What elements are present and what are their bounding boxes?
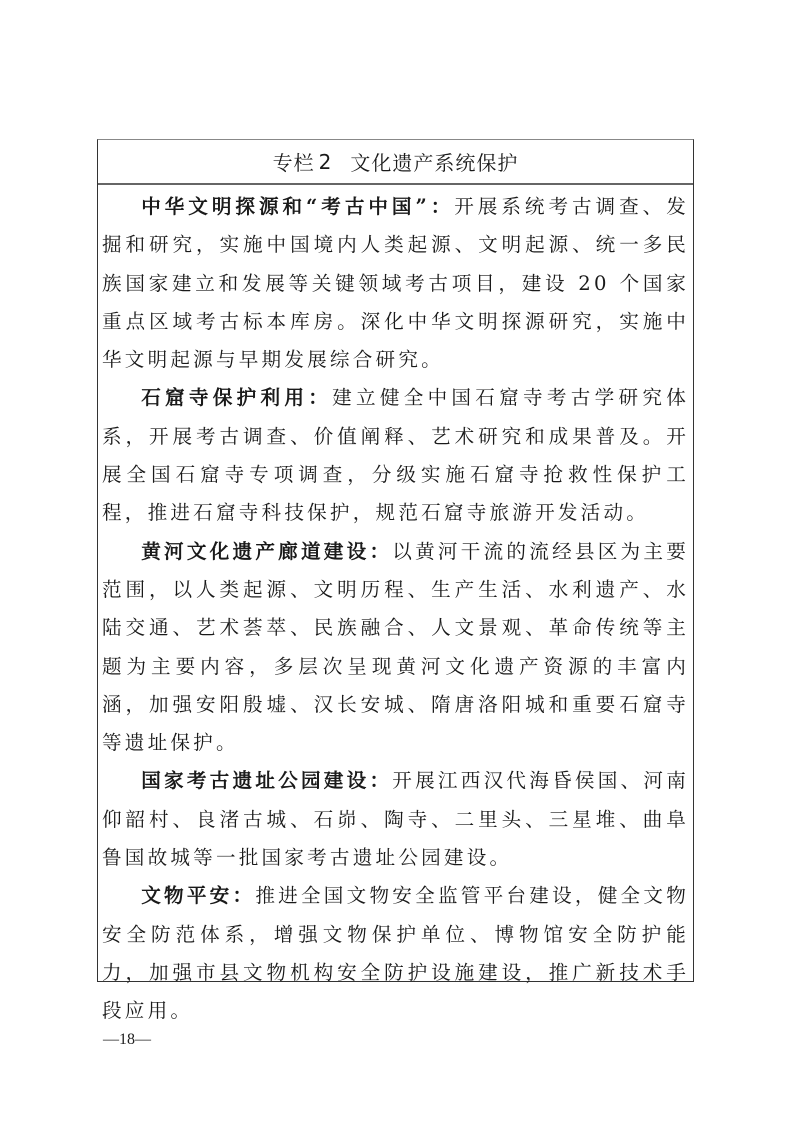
paragraph-archaeological-parks: 国家考古遗址公园建设：开展江西汉代海昏侯国、河南仰韶村、良渚古城、石峁、陶寺、二… bbox=[102, 762, 689, 877]
column-title: 文化遗产系统保护 bbox=[350, 147, 518, 176]
paragraph-lead: 文物平安： bbox=[141, 884, 255, 907]
paragraph-archaeology-china: 中华文明探源和“考古中国”：开展系统考古调查、发掘和研究，实施中国境内人类起源、… bbox=[102, 188, 689, 379]
column-label: 专栏 bbox=[273, 147, 315, 176]
paragraph-text: 开展系统考古调查、发掘和研究，实施中国境内人类起源、文明起源、统一多民族国家建立… bbox=[102, 195, 689, 371]
paragraph-relic-safety: 文物平安：推进全国文物安全监管平台建设，健全文物安全防范体系，增强文物保护单位、… bbox=[102, 877, 689, 1030]
paragraph-grotto-temples: 石窟寺保护利用：建立健全中国石窟寺考古学研究体系，开展考古调查、价值阐释、艺术研… bbox=[102, 379, 689, 532]
paragraph-yellow-river-corridor: 黄河文化遗产廊道建设：以黄河干流的流经县区为主要范围，以人类起源、文明历程、生产… bbox=[102, 533, 689, 763]
column-box-body: 中华文明探源和“考古中国”：开展系统考古调查、发掘和研究，实施中国境内人类起源、… bbox=[98, 185, 693, 1031]
paragraph-lead: 石窟寺保护利用： bbox=[141, 386, 332, 409]
paragraph-text: 以黄河干流的流经县区为主要范围，以人类起源、文明历程、生产生活、水利遗产、水陆交… bbox=[102, 540, 689, 754]
paragraph-lead: 中华文明探源和“考古中国”： bbox=[141, 195, 454, 218]
column-box-header: 专栏 2 文化遗产系统保护 bbox=[98, 140, 693, 185]
column-box: 专栏 2 文化遗产系统保护 中华文明探源和“考古中国”：开展系统考古调查、发掘和… bbox=[97, 139, 694, 982]
column-number: 2 bbox=[319, 150, 333, 174]
paragraph-lead: 国家考古遗址公园建设： bbox=[141, 769, 392, 792]
paragraph-lead: 黄河文化遗产廊道建设： bbox=[141, 540, 392, 563]
page-number: —18— bbox=[103, 1031, 151, 1049]
